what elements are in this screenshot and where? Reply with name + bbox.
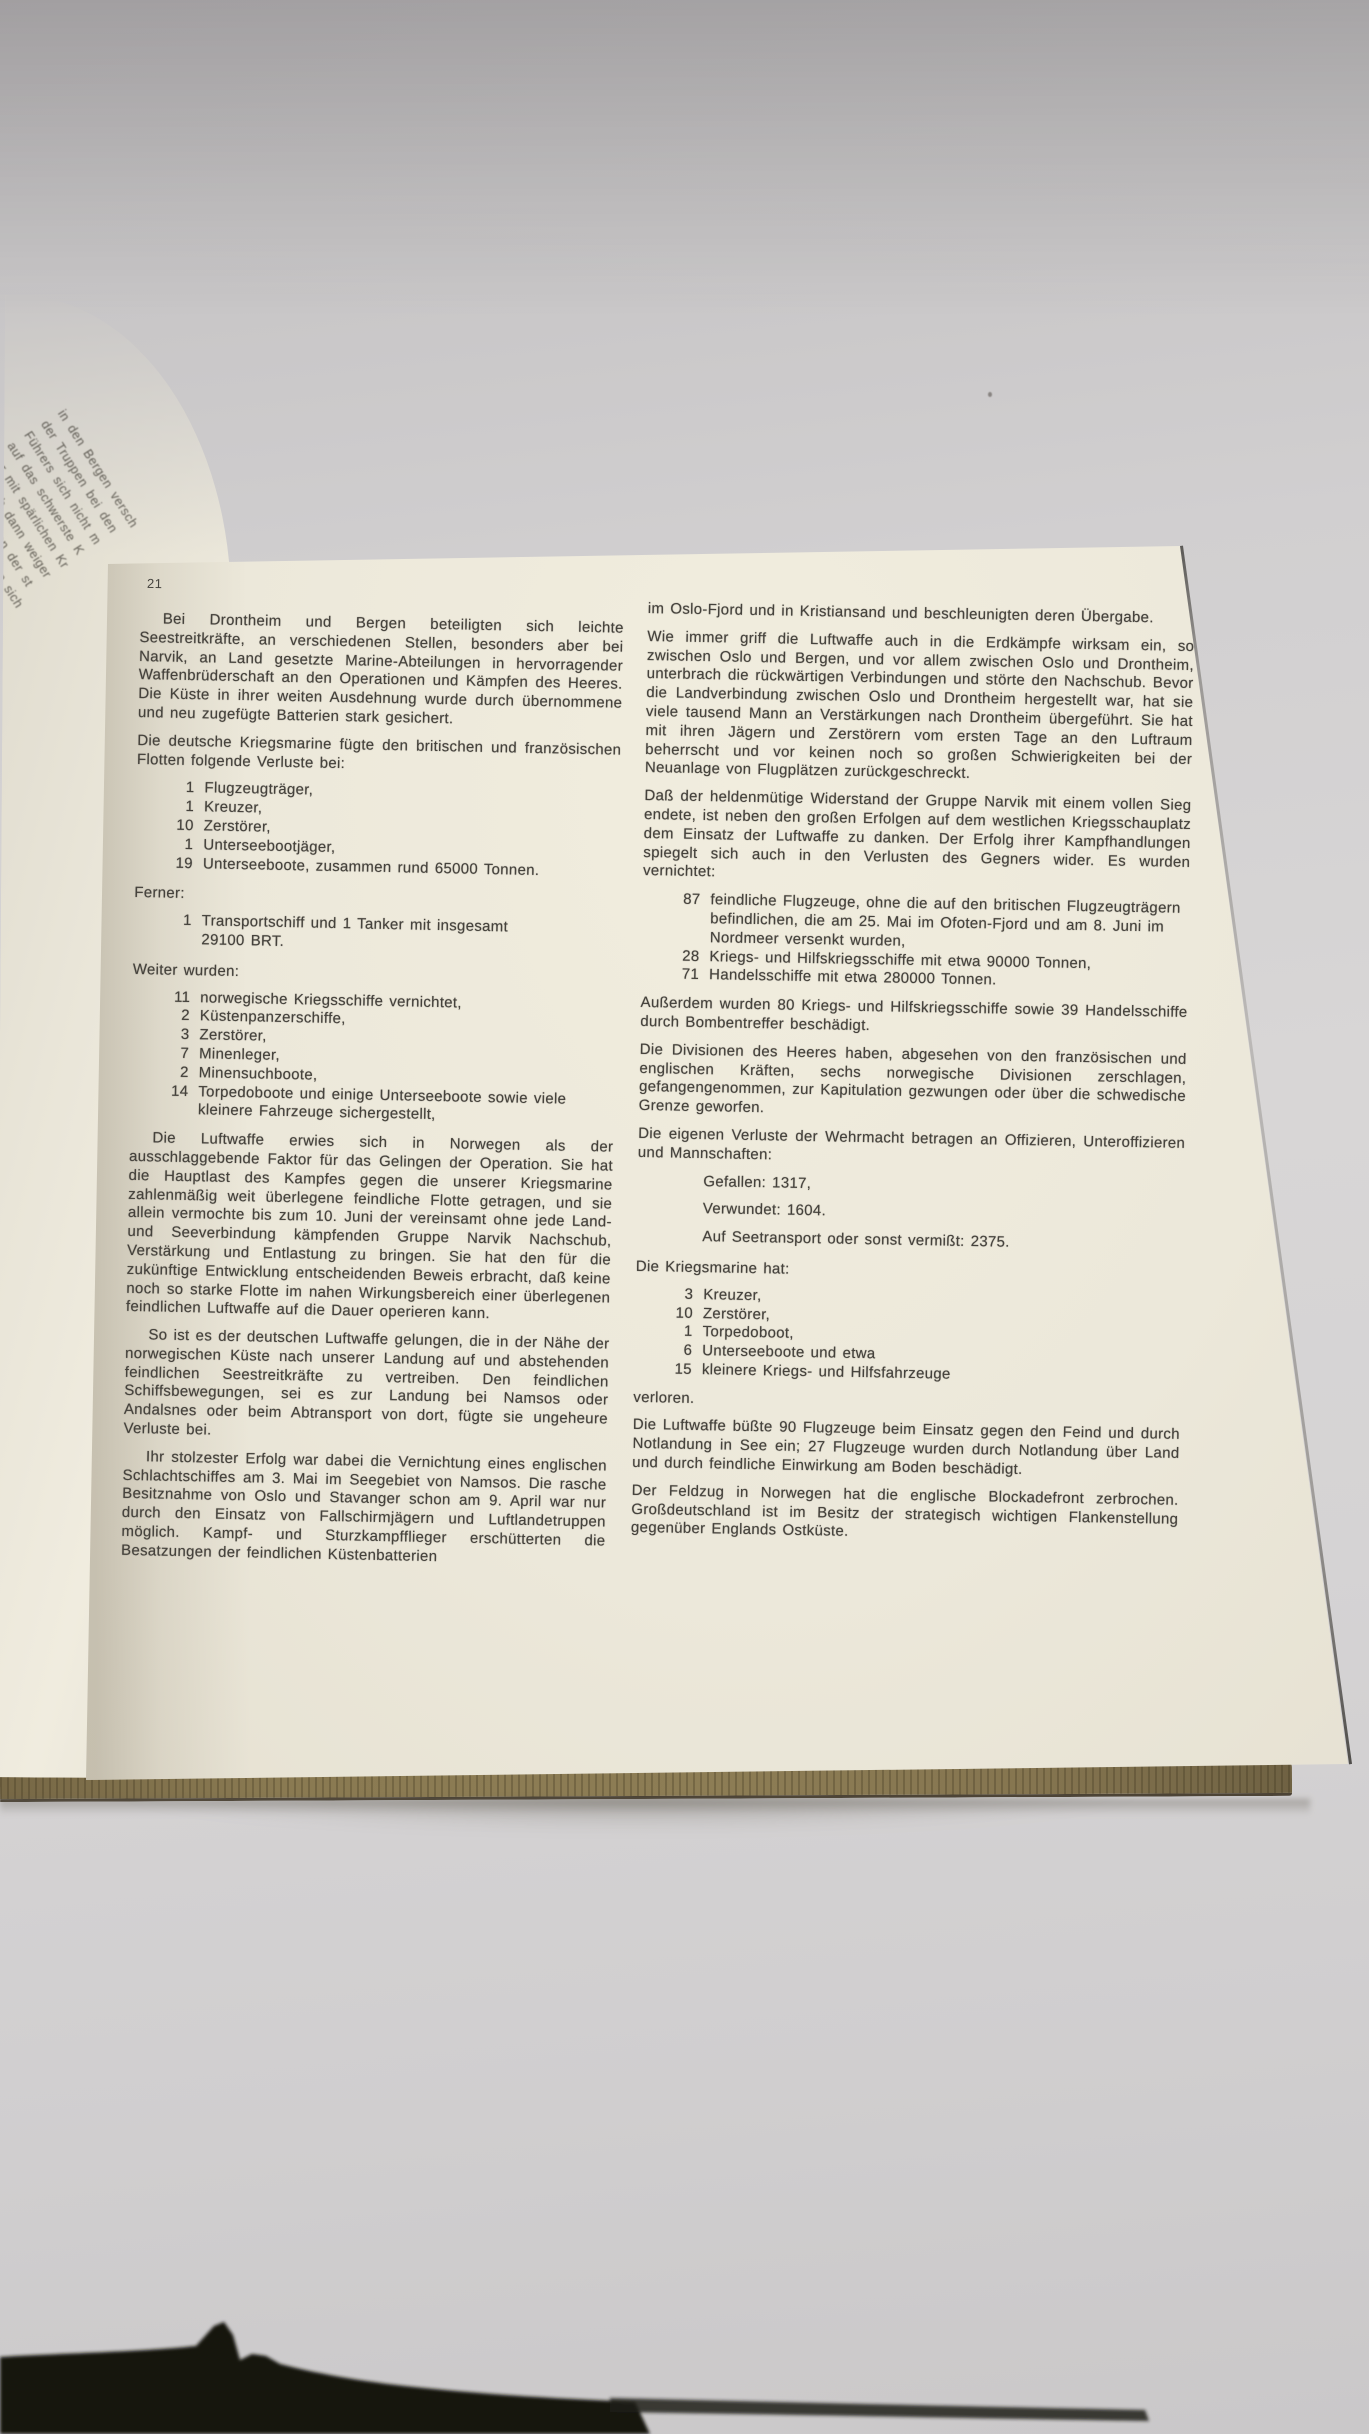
list-number: 10 xyxy=(635,1303,703,1323)
list-item: 87 feindliche Flugzeuge, ohne die auf de… xyxy=(642,890,1190,956)
cover-board-shadow xyxy=(0,1799,1310,1815)
left-column: Bei Drontheim und Bergen beteiligten sic… xyxy=(121,610,624,1579)
list-number: 3 xyxy=(635,1285,703,1305)
paragraph-narvik-widerstand: Daß der heldenmütige Widerstand der Grup… xyxy=(643,787,1192,891)
list-number: 28 xyxy=(641,946,709,966)
paragraph-oslo-fjord: im Oslo-Fjord und in Kristiansand und be… xyxy=(648,600,1195,629)
casualty-line: Verwundet: 1604. xyxy=(637,1199,1184,1228)
list-number: 7 xyxy=(131,1044,199,1064)
list-number: 19 xyxy=(135,854,203,874)
paragraph-luftwaffe-losses: Die Luftwaffe büßte 90 Flugzeuge beim Ei… xyxy=(632,1416,1180,1482)
casualty-line: Gefallen: 1317, xyxy=(637,1171,1184,1200)
casualty-line: Auf Seetransport oder sonst vermißt: 237… xyxy=(636,1227,1183,1256)
list-number: 1 xyxy=(634,1322,702,1342)
paragraph-heer-divisions: Die Divisionen des Heeres haben, abgeseh… xyxy=(639,1041,1187,1126)
paragraph-luftwaffe-success: So ist es der deutschen Luftwaffe gelung… xyxy=(123,1326,609,1448)
list-number: 71 xyxy=(641,965,709,985)
right-page: 21 Bei Drontheim und Bergen beteiligten … xyxy=(0,0,1369,2434)
list-number: 1 xyxy=(136,778,204,798)
paragraph-kriegsmarine-losses-intro: Die deutsche Kriegsmarine fügte den brit… xyxy=(137,732,622,779)
own-casualties-list: Gefallen: 1317, Verwundet: 1604. Auf See… xyxy=(636,1171,1184,1255)
norwegian-ships-list: 11 norwegische Kriegsschiffe vernichtet,… xyxy=(130,987,617,1128)
list-text: feindliche Flugzeuge, ohne die auf den b… xyxy=(710,891,1190,956)
paragraph-verloren: verloren. xyxy=(633,1389,1180,1418)
paragraph-luftwaffe-role: Die Luftwaffe erwies sich in Norwegen al… xyxy=(126,1129,614,1327)
list-number: 87 xyxy=(642,890,711,948)
label-kriegsmarine-hat: Die Kriegsmarine hat: xyxy=(636,1258,1183,1287)
list-number: 11 xyxy=(132,987,200,1007)
enemy-losses-list: 87 feindliche Flugzeuge, ohne die auf de… xyxy=(641,890,1190,994)
dust-speck xyxy=(988,392,992,397)
right-column: im Oslo-Fjord und in Kristiansand und be… xyxy=(631,600,1195,1557)
ferner-list: 1 Transportschiff und 1 Tanker mit insge… xyxy=(133,911,618,958)
paragraph-proudest-success: Ihr stolzester Erfolg war dabei die Vern… xyxy=(121,1448,607,1570)
list-item: 1 Transportschiff und 1 Tanker mit insge… xyxy=(133,911,618,958)
list-number: 15 xyxy=(634,1360,702,1380)
paragraph-erdkaempfe: Wie immer griff die Luftwaffe auch in di… xyxy=(645,628,1195,788)
list-number: 3 xyxy=(131,1025,199,1045)
paragraph-feldzug-summary: Der Feldzug in Norwegen hat die englisch… xyxy=(631,1482,1179,1548)
page-number: 21 xyxy=(147,576,163,591)
list-text: Torpedoboote und einige Unterseeboote so… xyxy=(198,1083,615,1129)
label-ferner: Ferner: xyxy=(134,884,618,913)
list-number: 1 xyxy=(135,835,203,855)
list-number: 10 xyxy=(135,816,203,836)
list-number: 14 xyxy=(130,1081,199,1120)
paragraph-naval-intro: Bei Drontheim und Bergen beteiligten sic… xyxy=(138,610,624,732)
paragraph-own-losses-intro: Die eigenen Verluste der Wehrmacht betra… xyxy=(638,1125,1186,1173)
navy-losses-list: 3 Kreuzer, 10 Zerstörer, 1 Torpedoboot, … xyxy=(634,1285,1183,1389)
label-weiter-wurden: Weiter wurden: xyxy=(133,961,617,990)
paragraph-bomb-damage: Außerdem wurden 80 Kriegs- und Hilfskrie… xyxy=(640,994,1188,1042)
list-text: Transportschiff und 1 Tanker mit insgesa… xyxy=(201,912,618,958)
list-number: 1 xyxy=(136,797,204,817)
dark-cloth xyxy=(0,2278,1369,2434)
list-number: 2 xyxy=(132,1006,200,1026)
list-number: 6 xyxy=(634,1341,702,1361)
list-number: 1 xyxy=(133,911,202,950)
list-number: 2 xyxy=(131,1063,199,1083)
allied-fleet-losses-list: 1 Flugzeugträger, 1 Kreuzer, 10 Zerstöre… xyxy=(135,778,621,882)
